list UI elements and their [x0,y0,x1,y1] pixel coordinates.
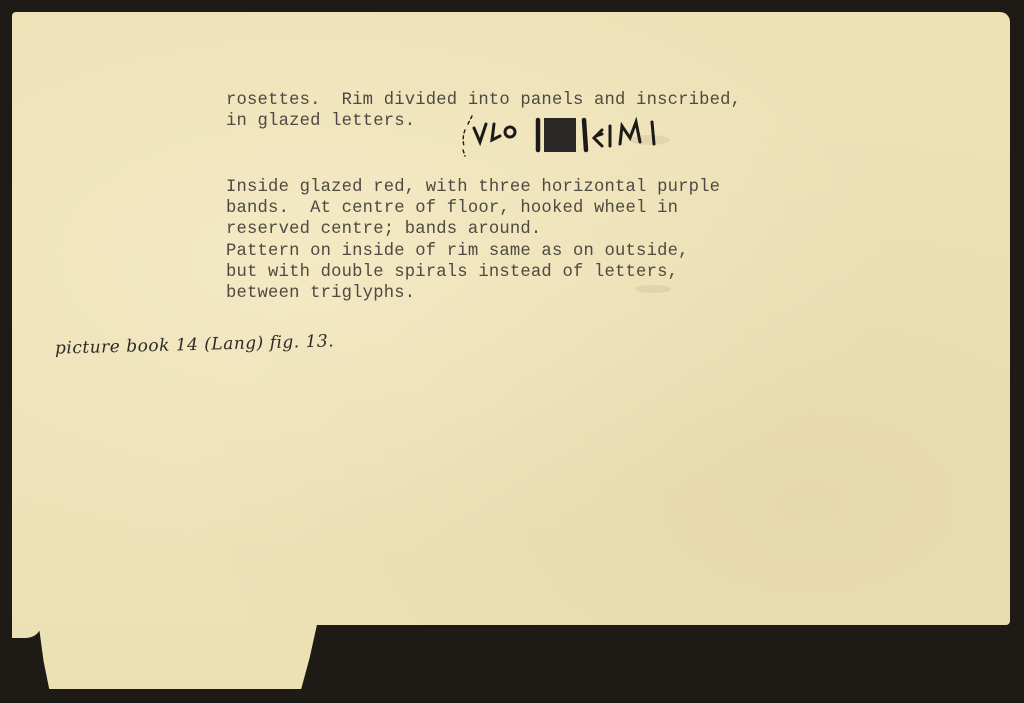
card-tab [38,620,318,689]
typed-line: between triglyphs. [226,283,720,304]
typed-line: rosettes. Rim divided into panels and in… [226,90,741,111]
typed-line: Inside glazed red, with three horizontal… [226,177,720,198]
typed-paragraph-2: Inside glazed red, with three horizontal… [226,177,720,304]
typed-line: but with double spirals instead of lette… [226,262,720,283]
card-tab-fillet [12,618,42,638]
typed-line: Pattern on inside of rim same as on outs… [226,241,720,262]
glazed-inscription-icon [458,114,678,158]
typed-line: bands. At centre of floor, hooked wheel … [226,198,720,219]
typed-line: reserved centre; bands around. [226,219,720,240]
